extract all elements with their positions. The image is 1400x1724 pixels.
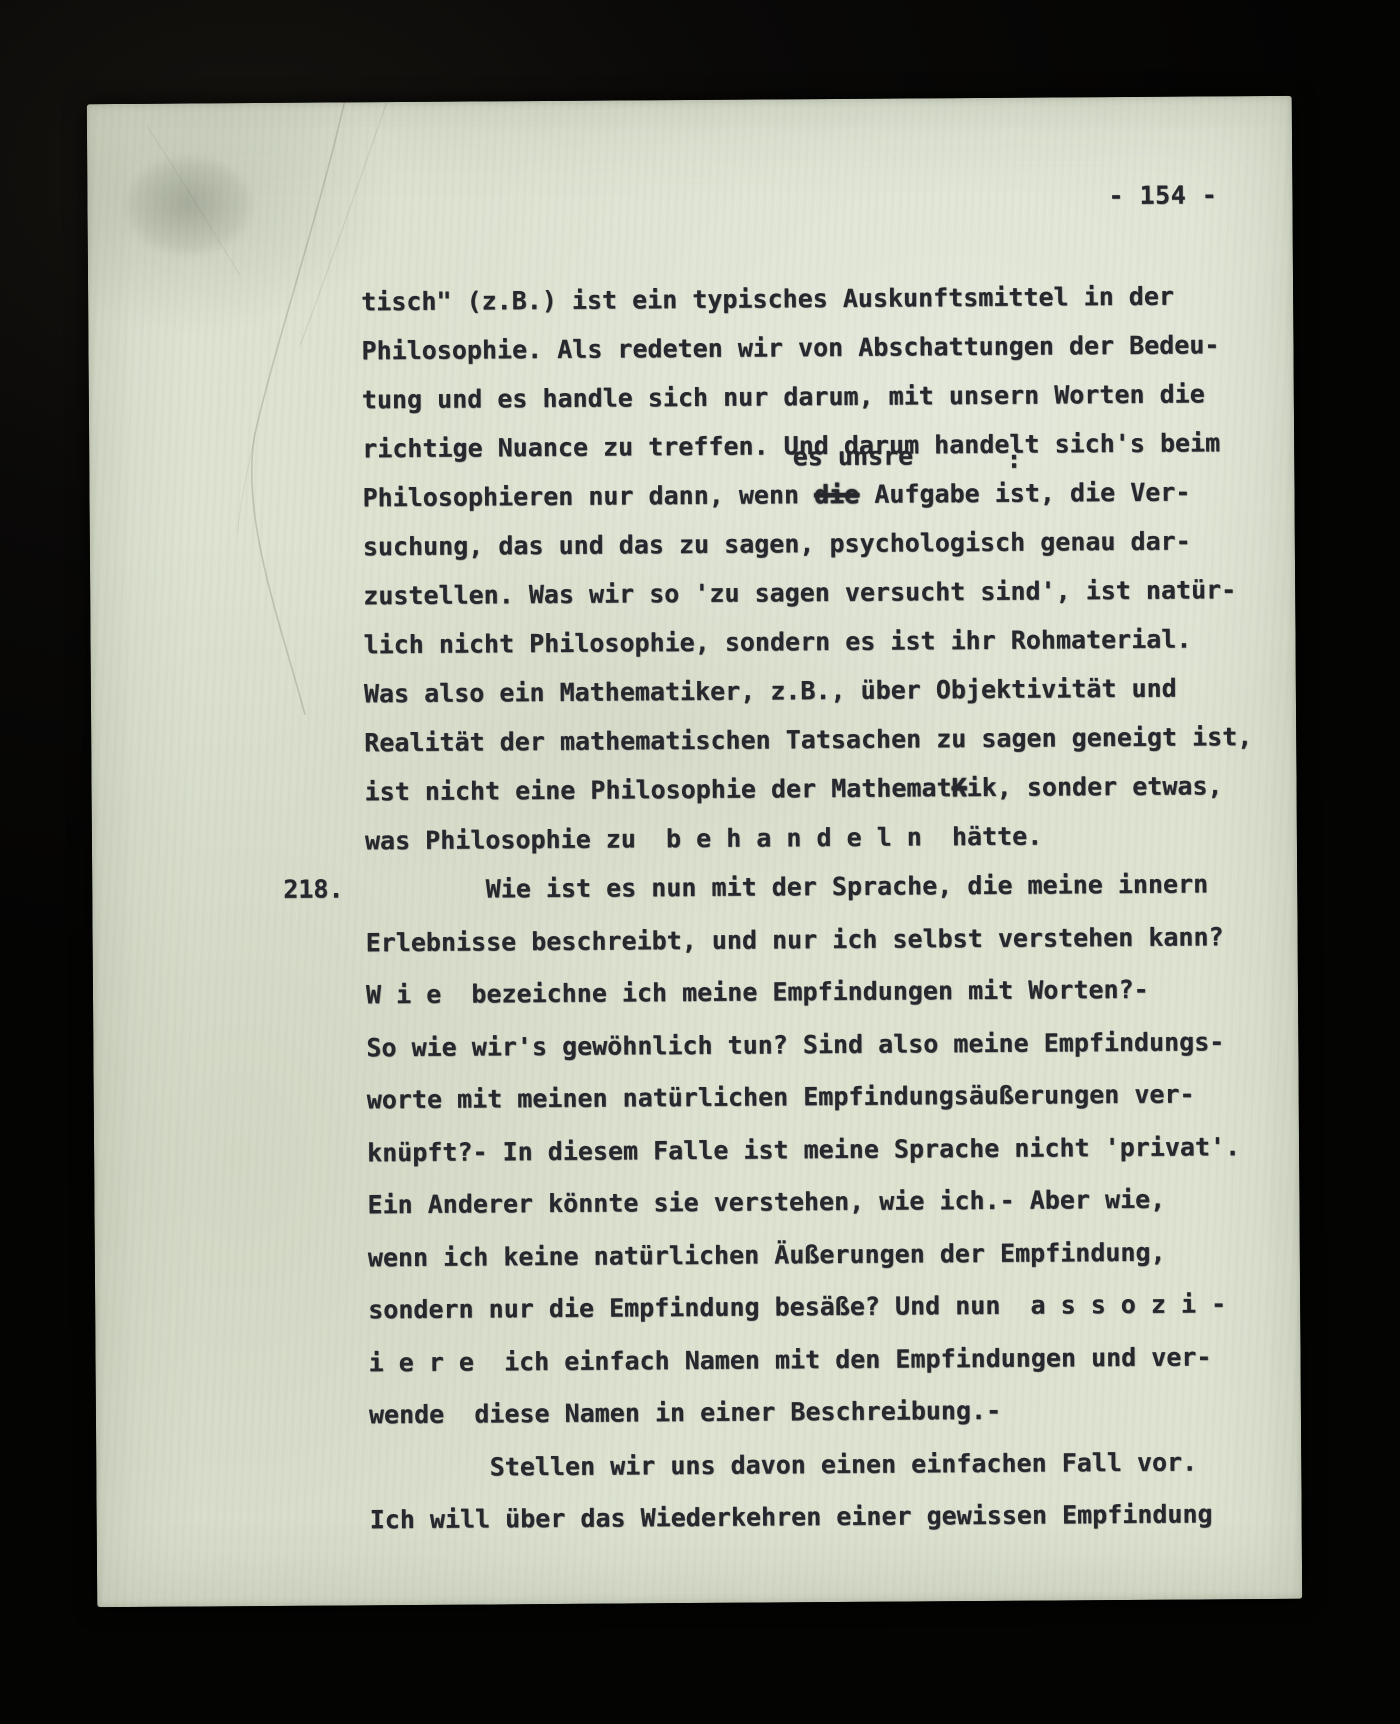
typewritten-line: W i e bezeichne ich meine Empfindungen m… (366, 963, 1298, 1022)
typewritten-line: Ein Anderer könnte sie verstehen, wie ic… (367, 1173, 1299, 1232)
text-segment: Ich will über das Wiederkehren einer gew… (370, 1499, 1213, 1534)
interlinear-insertion: : (1006, 447, 1021, 473)
text-segment: So wie wir's gewöhnlich tun? Sind also m… (366, 1027, 1224, 1062)
text-segment: worte mit meinen natürlichen Empfindungs… (367, 1080, 1195, 1115)
text-segment: Stellen wir uns davon einen einfachen Fa… (490, 1447, 1198, 1481)
text-segment: suchung, das und das zu sagen, psycholog… (363, 527, 1191, 562)
text-segment: Philosophieren nur dann, wenn (362, 480, 814, 512)
typewritten-line: i e r e ich einfach Namen mit den Empfin… (368, 1330, 1300, 1389)
typewritten-line: Erlebnisse beschreibt, und nur ich selbs… (365, 910, 1297, 969)
typewritten-line: Ich will über das Wiederkehren einer gew… (369, 1488, 1301, 1547)
typewritten-line: Stellen wir uns davon einen einfachen Fa… (369, 1435, 1301, 1494)
typewritten-line: Was also ein Mathematiker, z.B., über Ob… (364, 663, 1296, 719)
typewritten-line: worte mit meinen natürlichen Empfindungs… (367, 1068, 1299, 1127)
text-segment: richtige Nuance zu treffen. Und darum ha… (362, 428, 1220, 463)
interlinear-insertion: es unsre (793, 443, 914, 470)
photographed-document: - 154 - 218. tisch" (z.B.) ist ein typis… (0, 0, 1400, 1724)
text-segment: W i e bezeichne ich meine Empfindungen m… (366, 975, 1149, 1009)
typewritten-line: lich nicht Philosophie, sondern es ist i… (363, 614, 1295, 670)
text-segment: Ein Anderer könnte sie verstehen, wie ic… (367, 1185, 1165, 1220)
typewritten-line: Realität der mathematischen Tatsachen zu… (364, 712, 1296, 768)
typewritten-line: suchung, das und das zu sagen, psycholog… (363, 516, 1295, 572)
text-segment: ik, sonder etwas, (967, 771, 1223, 802)
text-segment: Aufgabe ist, die Ver- (859, 478, 1190, 509)
text-segment: lich nicht Philosophie, sondern es ist i… (363, 625, 1191, 660)
text-segment: was Philosophie zu b e h a n d e l n hät… (365, 822, 1042, 856)
typewritten-line: zustellen. Was wir so 'zu sagen versucht… (363, 565, 1295, 621)
paragraph-philosophie: tisch" (z.B.) ist ein typisches Auskunft… (361, 271, 1297, 865)
document-page: - 154 - 218. tisch" (z.B.) ist ein typis… (87, 96, 1302, 1607)
typewritten-text: tisch" (z.B.) ist ein typisches Auskunft… (360, 96, 1302, 1605)
typewritten-line: Wie ist es nun mit der Sprache, die mein… (365, 858, 1297, 917)
text-segment: Erlebnisse beschreibt, und nur ich selbs… (366, 922, 1224, 957)
text-segment: wenn ich keine natürlichen Äußerungen de… (368, 1237, 1166, 1272)
text-segment: tung und es handle sich nur darum, mit u… (362, 379, 1205, 414)
paper-smudge (103, 129, 294, 300)
typewritten-line: Philosophie. Als redeten wir von Abschat… (361, 320, 1293, 376)
text-segment: tisch" (z.B.) ist ein typisches Auskunft… (361, 282, 1174, 317)
struck-word: K (951, 773, 966, 802)
text-segment: knüpft?- In diesem Falle ist meine Sprac… (367, 1132, 1240, 1167)
text-segment: Realität der mathematischen Tatsachen zu… (364, 722, 1252, 757)
typewritten-line: tisch" (z.B.) ist ein typisches Auskunft… (361, 271, 1293, 327)
typewritten-line: wende diese Namen in einer Beschreibung.… (369, 1383, 1301, 1442)
typewritten-line: So wie wir's gewöhnlich tun? Sind also m… (366, 1015, 1298, 1074)
section-number: 218. (283, 874, 343, 904)
paragraph-private-sprache: Wie ist es nun mit der Sprache, die mein… (365, 858, 1302, 1547)
struck-word: die (814, 480, 859, 509)
typewritten-line: tung und es handle sich nur darum, mit u… (362, 369, 1294, 425)
text-segment: Wie ist es nun mit der Sprache, die mein… (486, 869, 1209, 903)
typewritten-line: wenn ich keine natürlichen Äußerungen de… (368, 1225, 1300, 1284)
typewritten-line: knüpft?- In diesem Falle ist meine Sprac… (367, 1120, 1299, 1179)
typewritten-line: ist nicht eine Philosophie der MathematK… (364, 761, 1296, 817)
typewritten-line: sondern nur die Empfindung besäße? Und n… (368, 1278, 1300, 1337)
text-segment: wende diese Namen in einer Beschreibung.… (369, 1396, 1001, 1429)
text-segment: ist nicht eine Philosophie der Mathemat (364, 773, 951, 806)
text-segment: Was also ein Mathematiker, z.B., über Ob… (364, 674, 1177, 709)
text-segment: zustellen. Was wir so 'zu sagen versucht… (363, 575, 1236, 610)
text-segment: sondern nur die Empfindung besäße? Und n… (368, 1289, 1226, 1324)
text-segment: i e r e ich einfach Namen mit den Empfin… (368, 1342, 1211, 1377)
typewritten-line: Philosophieren nur dann, wenn die Aufgab… (362, 467, 1294, 523)
typewritten-line: was Philosophie zu b e h a n d e l n hät… (365, 810, 1297, 866)
text-segment: Philosophie. Als redeten wir von Abschat… (361, 330, 1219, 365)
